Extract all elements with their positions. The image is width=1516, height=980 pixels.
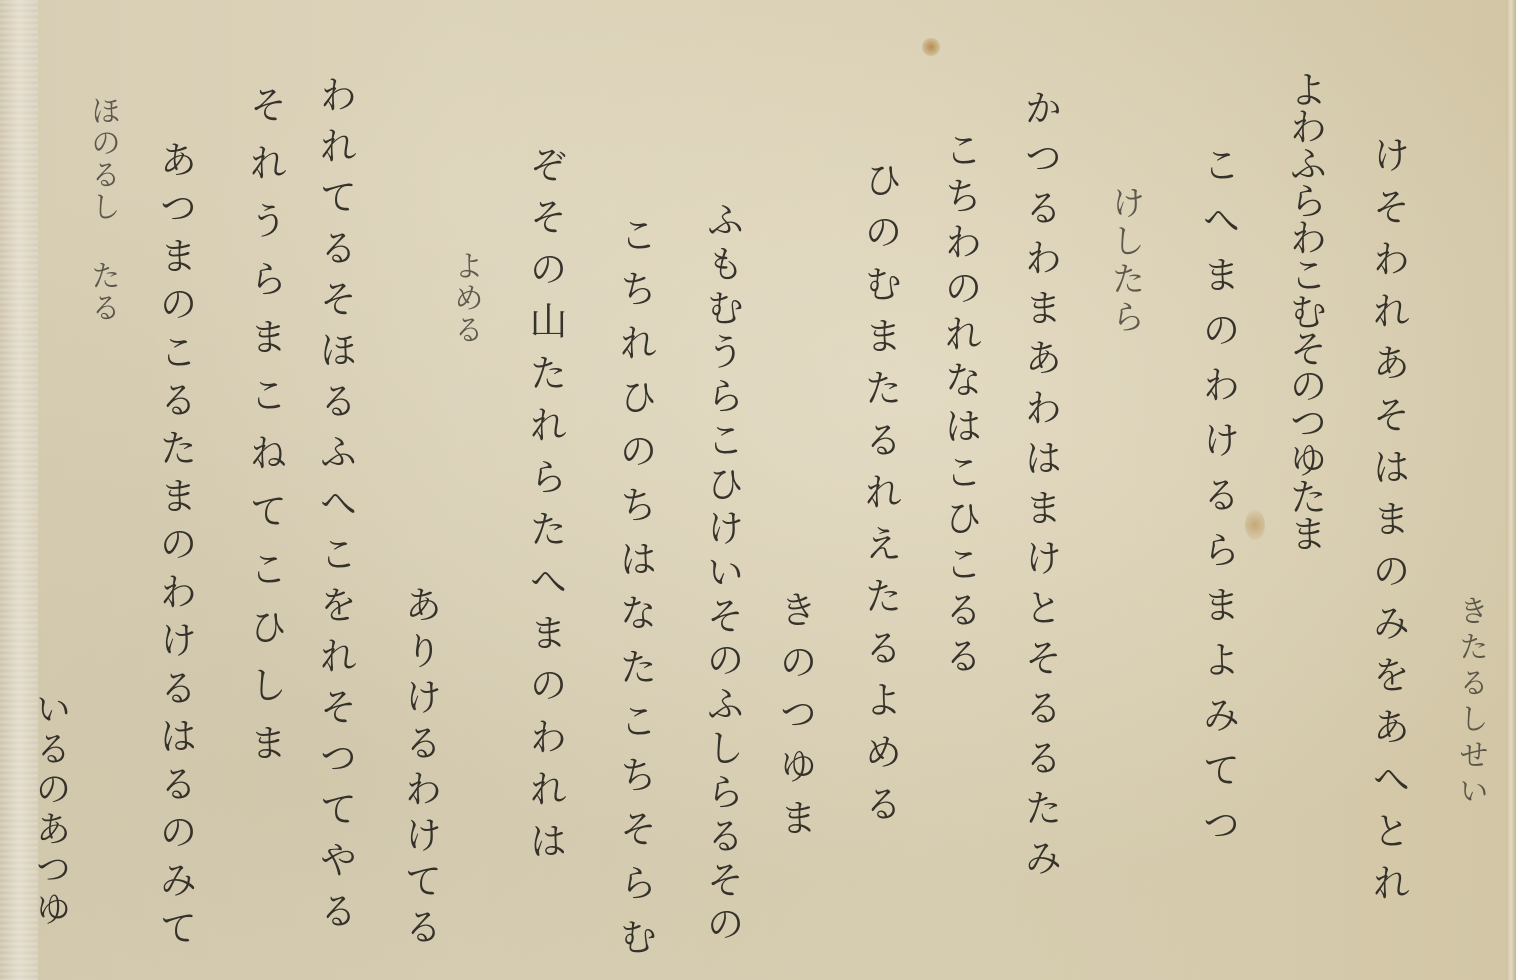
- text-column-16: あつまのこるたまのわけるはるのみて: [156, 140, 194, 956]
- text-column-1: けそわれあそはまのみをあへとれ: [1369, 135, 1407, 915]
- text-column-7: ひのむまたるれえたるよめる: [861, 160, 899, 836]
- text-column-9: ふもむうらこひけいそのふしらるその: [703, 200, 741, 948]
- text-column-13: ありけるわけてる: [401, 585, 439, 953]
- text-column-6: こちわのれなはこひこるる: [941, 130, 979, 682]
- inscription-column: きたるしせい: [1455, 595, 1485, 811]
- text-column-18: いるのあつゆ: [32, 690, 68, 930]
- frame-edge-right: [1506, 0, 1516, 980]
- foxing-spot: [922, 38, 940, 56]
- text-column-15: それうらまこねてこひしま: [246, 85, 284, 781]
- text-column-3: こへまのわけるらまよみてつ: [1199, 145, 1237, 860]
- text-column-8: きのつゆま: [776, 590, 814, 850]
- text-column-14: われてるそほるふへこをれそつてやる: [316, 75, 354, 942]
- text-column-10: こちれひのちはなたこちそらむ: [616, 215, 654, 971]
- text-column-4: けしたら: [1108, 185, 1142, 337]
- text-column-11: ぞその山たれらたへまのわれは: [526, 145, 564, 873]
- foxing-spot: [1245, 510, 1265, 540]
- text-column-2: よわふらわこむそのつゆたま: [1286, 70, 1324, 551]
- text-column-5: かつるわまあわはまけとそるるたみ: [1021, 88, 1059, 888]
- text-column-17: ほのるし たる: [87, 95, 117, 324]
- text-column-12: よめる: [450, 250, 480, 346]
